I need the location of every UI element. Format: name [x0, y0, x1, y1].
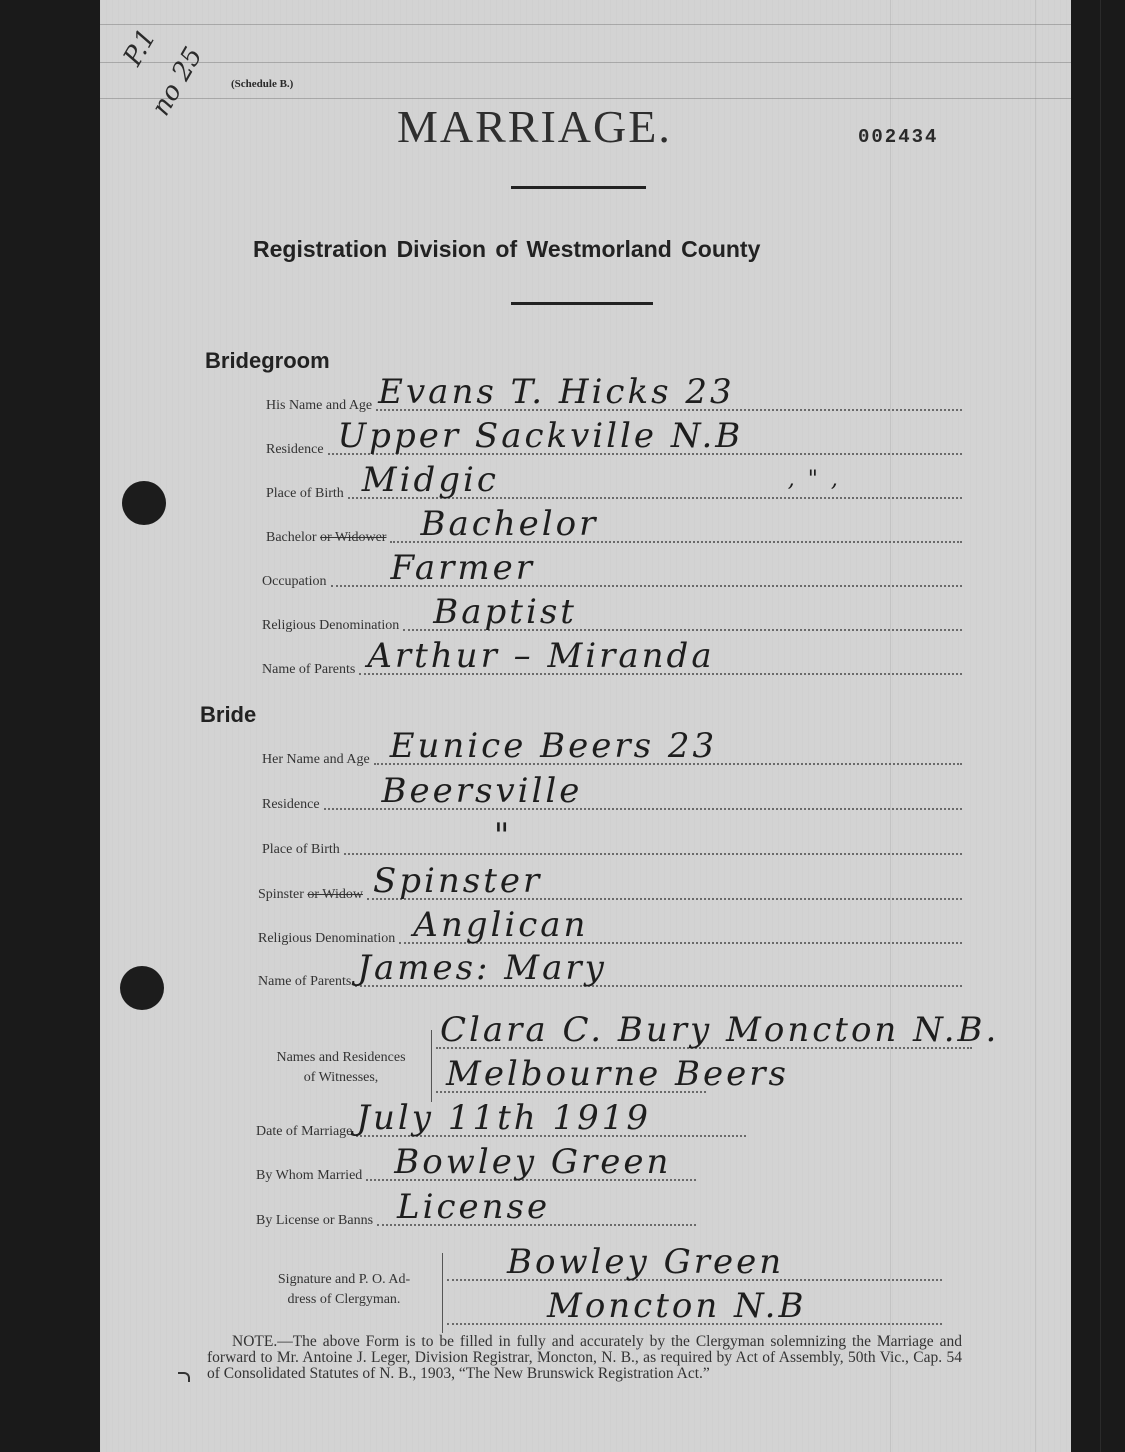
- field-label: Religious Denomination: [262, 618, 403, 634]
- field-label: Residence: [266, 442, 328, 458]
- ruled-line-vertical: [890, 0, 891, 1452]
- field-value: Anglican: [413, 908, 588, 942]
- dotted-line: Farmer: [331, 584, 962, 587]
- field-value: Melbourne Beers: [446, 1057, 789, 1091]
- field-label: Spinster or Widow: [258, 887, 367, 903]
- field-groom-name-age: His Name and Age Evans T. Hicks 23: [266, 390, 962, 414]
- field-witness-2: Melbourne Beers: [436, 1074, 706, 1096]
- ruled-line: [100, 98, 1071, 99]
- clergyman-label-line2: dress of Clergyman.: [254, 1290, 434, 1310]
- dotted-line: Clara C. Bury Moncton N.B.: [436, 1046, 972, 1049]
- field-marriage-date: Date of Marriage July 11th 1919: [256, 1116, 746, 1140]
- field-groom-religion: Religious Denomination Baptist: [262, 610, 962, 634]
- stray-pen-mark: [178, 1372, 190, 1382]
- dotted-line: Spinster: [367, 897, 962, 900]
- field-groom-parents: Name of Parents Arthur – Miranda: [262, 654, 962, 678]
- field-value: License: [397, 1190, 550, 1224]
- dotted-line: Eunice Beers 23: [374, 762, 962, 765]
- ruled-line: [100, 62, 1071, 63]
- dotted-line: Bowley Green: [366, 1178, 696, 1181]
- form-note-text: NOTE.—The above Form is to be filled in …: [207, 1334, 962, 1382]
- schedule-label: (Schedule B.): [231, 78, 293, 90]
- dotted-line: Bowley Green: [447, 1278, 942, 1281]
- ruled-line-vertical: [1100, 0, 1101, 1452]
- dotted-line: Melbourne Beers: [436, 1090, 706, 1093]
- field-value: ": [494, 819, 513, 853]
- field-bride-birthplace: Place of Birth ": [262, 834, 962, 858]
- dotted-line: Baptist: [403, 628, 962, 631]
- field-value: Spinster: [373, 864, 542, 898]
- witnesses-label-line2: of Witnesses,: [256, 1068, 426, 1088]
- field-label: Name of Parents: [258, 974, 355, 990]
- field-clergyman-signature: Bowley Green: [447, 1262, 942, 1284]
- field-groom-residence: Residence Upper Sackville N.B: [266, 434, 962, 458]
- label-main: Bachelor: [266, 530, 317, 545]
- bracket: [431, 1030, 432, 1102]
- field-label: Residence: [262, 797, 324, 813]
- dotted-line: License: [377, 1223, 696, 1226]
- field-label: Bachelor or Widower: [266, 530, 390, 546]
- field-bride-religion: Religious Denomination Anglican: [258, 923, 962, 947]
- dotted-line: Moncton N.B: [447, 1322, 942, 1325]
- field-groom-marital-status: Bachelor or Widower Bachelor: [266, 522, 962, 546]
- field-value: Baptist: [433, 595, 577, 629]
- field-value: Moncton N.B: [547, 1289, 806, 1323]
- dotted-line: Upper Sackville N.B: [328, 452, 962, 455]
- witnesses-label-line1: Names and Residences: [256, 1048, 426, 1068]
- dotted-line: Anglican: [399, 941, 962, 944]
- field-bride-name-age: Her Name and Age Eunice Beers 23: [262, 744, 962, 768]
- ruled-line-vertical: [1035, 0, 1036, 1452]
- field-groom-occupation: Occupation Farmer: [262, 566, 962, 590]
- field-value: Bachelor: [420, 507, 598, 541]
- witnesses-label: Names and Residences of Witnesses,: [256, 1048, 426, 1088]
- document-title: MARRIAGE.: [397, 100, 672, 153]
- field-value: Eunice Beers 23: [390, 729, 717, 763]
- field-label: Occupation: [262, 574, 331, 590]
- divider: [511, 186, 646, 189]
- field-value: July 11th 1919: [356, 1101, 651, 1135]
- hole-punch: [120, 966, 164, 1010]
- field-groom-birthplace: Place of Birth Midgic , " ,: [266, 478, 962, 502]
- dotted-line: July 11th 1919: [356, 1134, 746, 1137]
- dotted-line: Evans T. Hicks 23: [376, 408, 962, 411]
- label-struck: or Widower: [320, 530, 386, 545]
- registration-division: Registration Division of Westmorland Cou…: [253, 236, 760, 263]
- field-label: By Whom Married: [256, 1168, 366, 1184]
- field-license-banns: By License or Banns License: [256, 1205, 696, 1229]
- clergyman-label: Signature and P. O. Ad- dress of Clergym…: [254, 1270, 434, 1310]
- field-label: His Name and Age: [266, 398, 376, 414]
- bracket: [442, 1253, 443, 1333]
- section-heading-bride: Bride: [200, 702, 256, 728]
- divider: [511, 302, 653, 305]
- dotted-line: Midgic , " ,: [348, 496, 962, 499]
- field-officiant: By Whom Married Bowley Green: [256, 1160, 696, 1184]
- label-main: Spinster: [258, 887, 304, 902]
- field-value: Bowley Green: [507, 1245, 784, 1279]
- dotted-line: Beersville: [324, 807, 962, 810]
- field-label: Date of Marriage: [256, 1124, 356, 1140]
- field-clergyman-address: Moncton N.B: [447, 1306, 942, 1328]
- dotted-line: Bachelor: [390, 540, 962, 543]
- field-label: By License or Banns: [256, 1213, 377, 1229]
- field-value: Clara C. Bury Moncton N.B.: [440, 1013, 999, 1047]
- hole-punch: [122, 481, 166, 525]
- dotted-line: ": [344, 852, 962, 855]
- field-value: Bowley Green: [394, 1145, 671, 1179]
- section-heading-bridegroom: Bridegroom: [205, 348, 330, 374]
- field-label: Her Name and Age: [262, 752, 374, 768]
- field-bride-parents: Name of Parents James: Mary: [258, 966, 962, 990]
- clergyman-label-line1: Signature and P. O. Ad-: [254, 1270, 434, 1290]
- serial-number: 002434: [858, 126, 938, 148]
- label-struck: or Widow: [307, 887, 363, 902]
- field-value: Upper Sackville N.B: [338, 419, 744, 453]
- field-label: Place of Birth: [262, 842, 344, 858]
- ditto-marks: , " ,: [788, 463, 841, 497]
- dotted-line: Arthur – Miranda: [359, 672, 962, 675]
- field-bride-residence: Residence Beersville: [262, 789, 962, 813]
- field-label: Name of Parents: [262, 662, 359, 678]
- field-value: James: Mary: [357, 951, 607, 985]
- field-witness-1: Clara C. Bury Moncton N.B.: [436, 1030, 972, 1052]
- field-value: Midgic: [362, 463, 499, 497]
- field-bride-marital-status: Spinster or Widow Spinster: [258, 879, 962, 903]
- field-label: Place of Birth: [266, 486, 348, 502]
- field-label: Religious Denomination: [258, 931, 399, 947]
- form-note: NOTE.—The above Form is to be filled in …: [207, 1334, 962, 1382]
- dotted-line: James: Mary: [355, 984, 962, 987]
- field-value: Farmer: [391, 551, 535, 585]
- field-value: Beersville: [382, 774, 583, 808]
- ruled-line: [100, 24, 1071, 25]
- field-value: Evans T. Hicks 23: [378, 375, 734, 409]
- field-value: Arthur – Miranda: [367, 639, 714, 673]
